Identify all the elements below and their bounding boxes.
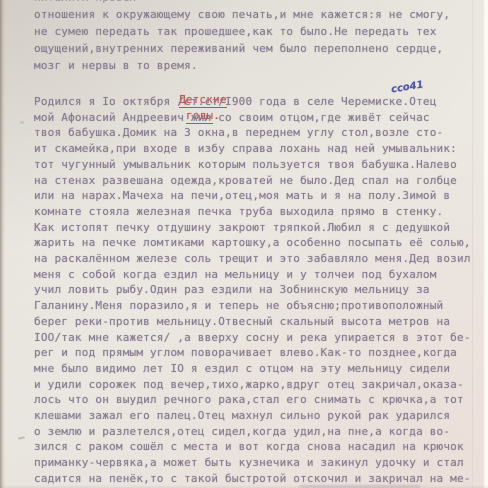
body-paragraph: Родился я Iо октября /ст.ст/I900 года в … xyxy=(34,94,471,487)
typewritten-line: о землю и разлетелся,отец сидел,когда уд… xyxy=(34,424,471,440)
intro-paragraph: отношения к окружающему свою печать,и мн… xyxy=(34,6,450,74)
typewritten-line: жарить на печке ломтиками картошку,а осо… xyxy=(34,235,471,251)
typewritten-line: IОО/так мне кажется/ ,а вверху сосну и р… xyxy=(34,330,471,346)
typewritten-line: мой Афонасий Андреевич жил со своим отцо… xyxy=(34,110,471,126)
typewriter-text: отношения к окружающему свою печать,и мн… xyxy=(34,0,474,91)
typewritten-line: ит скамейка,при входе в избу справа лоха… xyxy=(34,141,471,157)
typewritten-line: на раскалённом железе соль трещит и это … xyxy=(34,251,471,267)
typewritten-line: лось что он выудил речного рака,стал его… xyxy=(34,392,471,408)
typewritten-line: и удили сорожек под вечер,тихо,жарко,вдр… xyxy=(34,377,471,393)
typewritten-line: Родился я Iо октября /ст.ст/I900 года в … xyxy=(34,94,471,110)
margin-speck xyxy=(18,437,25,440)
typewritten-line: приманку-червяка,а может быть кузнечика … xyxy=(34,455,471,471)
paper-right-edge xyxy=(483,0,488,488)
typewritten-line: рег и под прямым углом поворачивает влев… xyxy=(34,345,471,361)
typewritten-line: берег реки-против мельницу.Отвесный скал… xyxy=(34,314,471,330)
typewritten-line: не сумею передать так прошедшее,как то б… xyxy=(34,23,450,40)
typewritten-line: комнате стояла железная печка труба выхо… xyxy=(34,204,471,220)
typewritten-line: клешами зажал его палец.Отец махнул силь… xyxy=(34,408,471,424)
typewritten-line: мозг и нервы в то время. xyxy=(34,57,450,74)
typewritten-line: отношения к окружающему свою печать,и мн… xyxy=(34,6,450,23)
typewritten-line: ощущений,внутренних переживаний чем было… xyxy=(34,40,450,57)
typewritten-line: меня с собой когда ездил на мельницу и у… xyxy=(34,267,471,283)
typewritten-line: или на нарах.Мачеха на печи,отец,моя мат… xyxy=(34,188,471,204)
margin-speck xyxy=(20,121,24,124)
typewritten-line: на стенах развешана одежда,кроватей не б… xyxy=(34,173,471,189)
typewritten-line: Галанину.Меня поразило,я и теперь не объ… xyxy=(34,298,471,314)
typewritten-line: мне было видимо лет IО я ездил с отцом н… xyxy=(34,361,471,377)
typewritten-line: Как истопят печку отдушину закроют тряпк… xyxy=(34,220,471,236)
typewritten-line: твоя бабушка.Домик на 3 окна,в переднем … xyxy=(34,125,471,141)
paper-left-edge-shadow xyxy=(0,0,5,488)
scanned-page: нитали.Я провел отношения к окружающему … xyxy=(0,0,488,488)
typewritten-line: зился с раком сошёл с места и вот когда … xyxy=(34,439,471,455)
typewritten-line: тот чугунный умывальник которым пользует… xyxy=(34,157,471,173)
typewritten-line: учил ловить рыбу.Один раз ездили на Зобн… xyxy=(34,282,471,298)
